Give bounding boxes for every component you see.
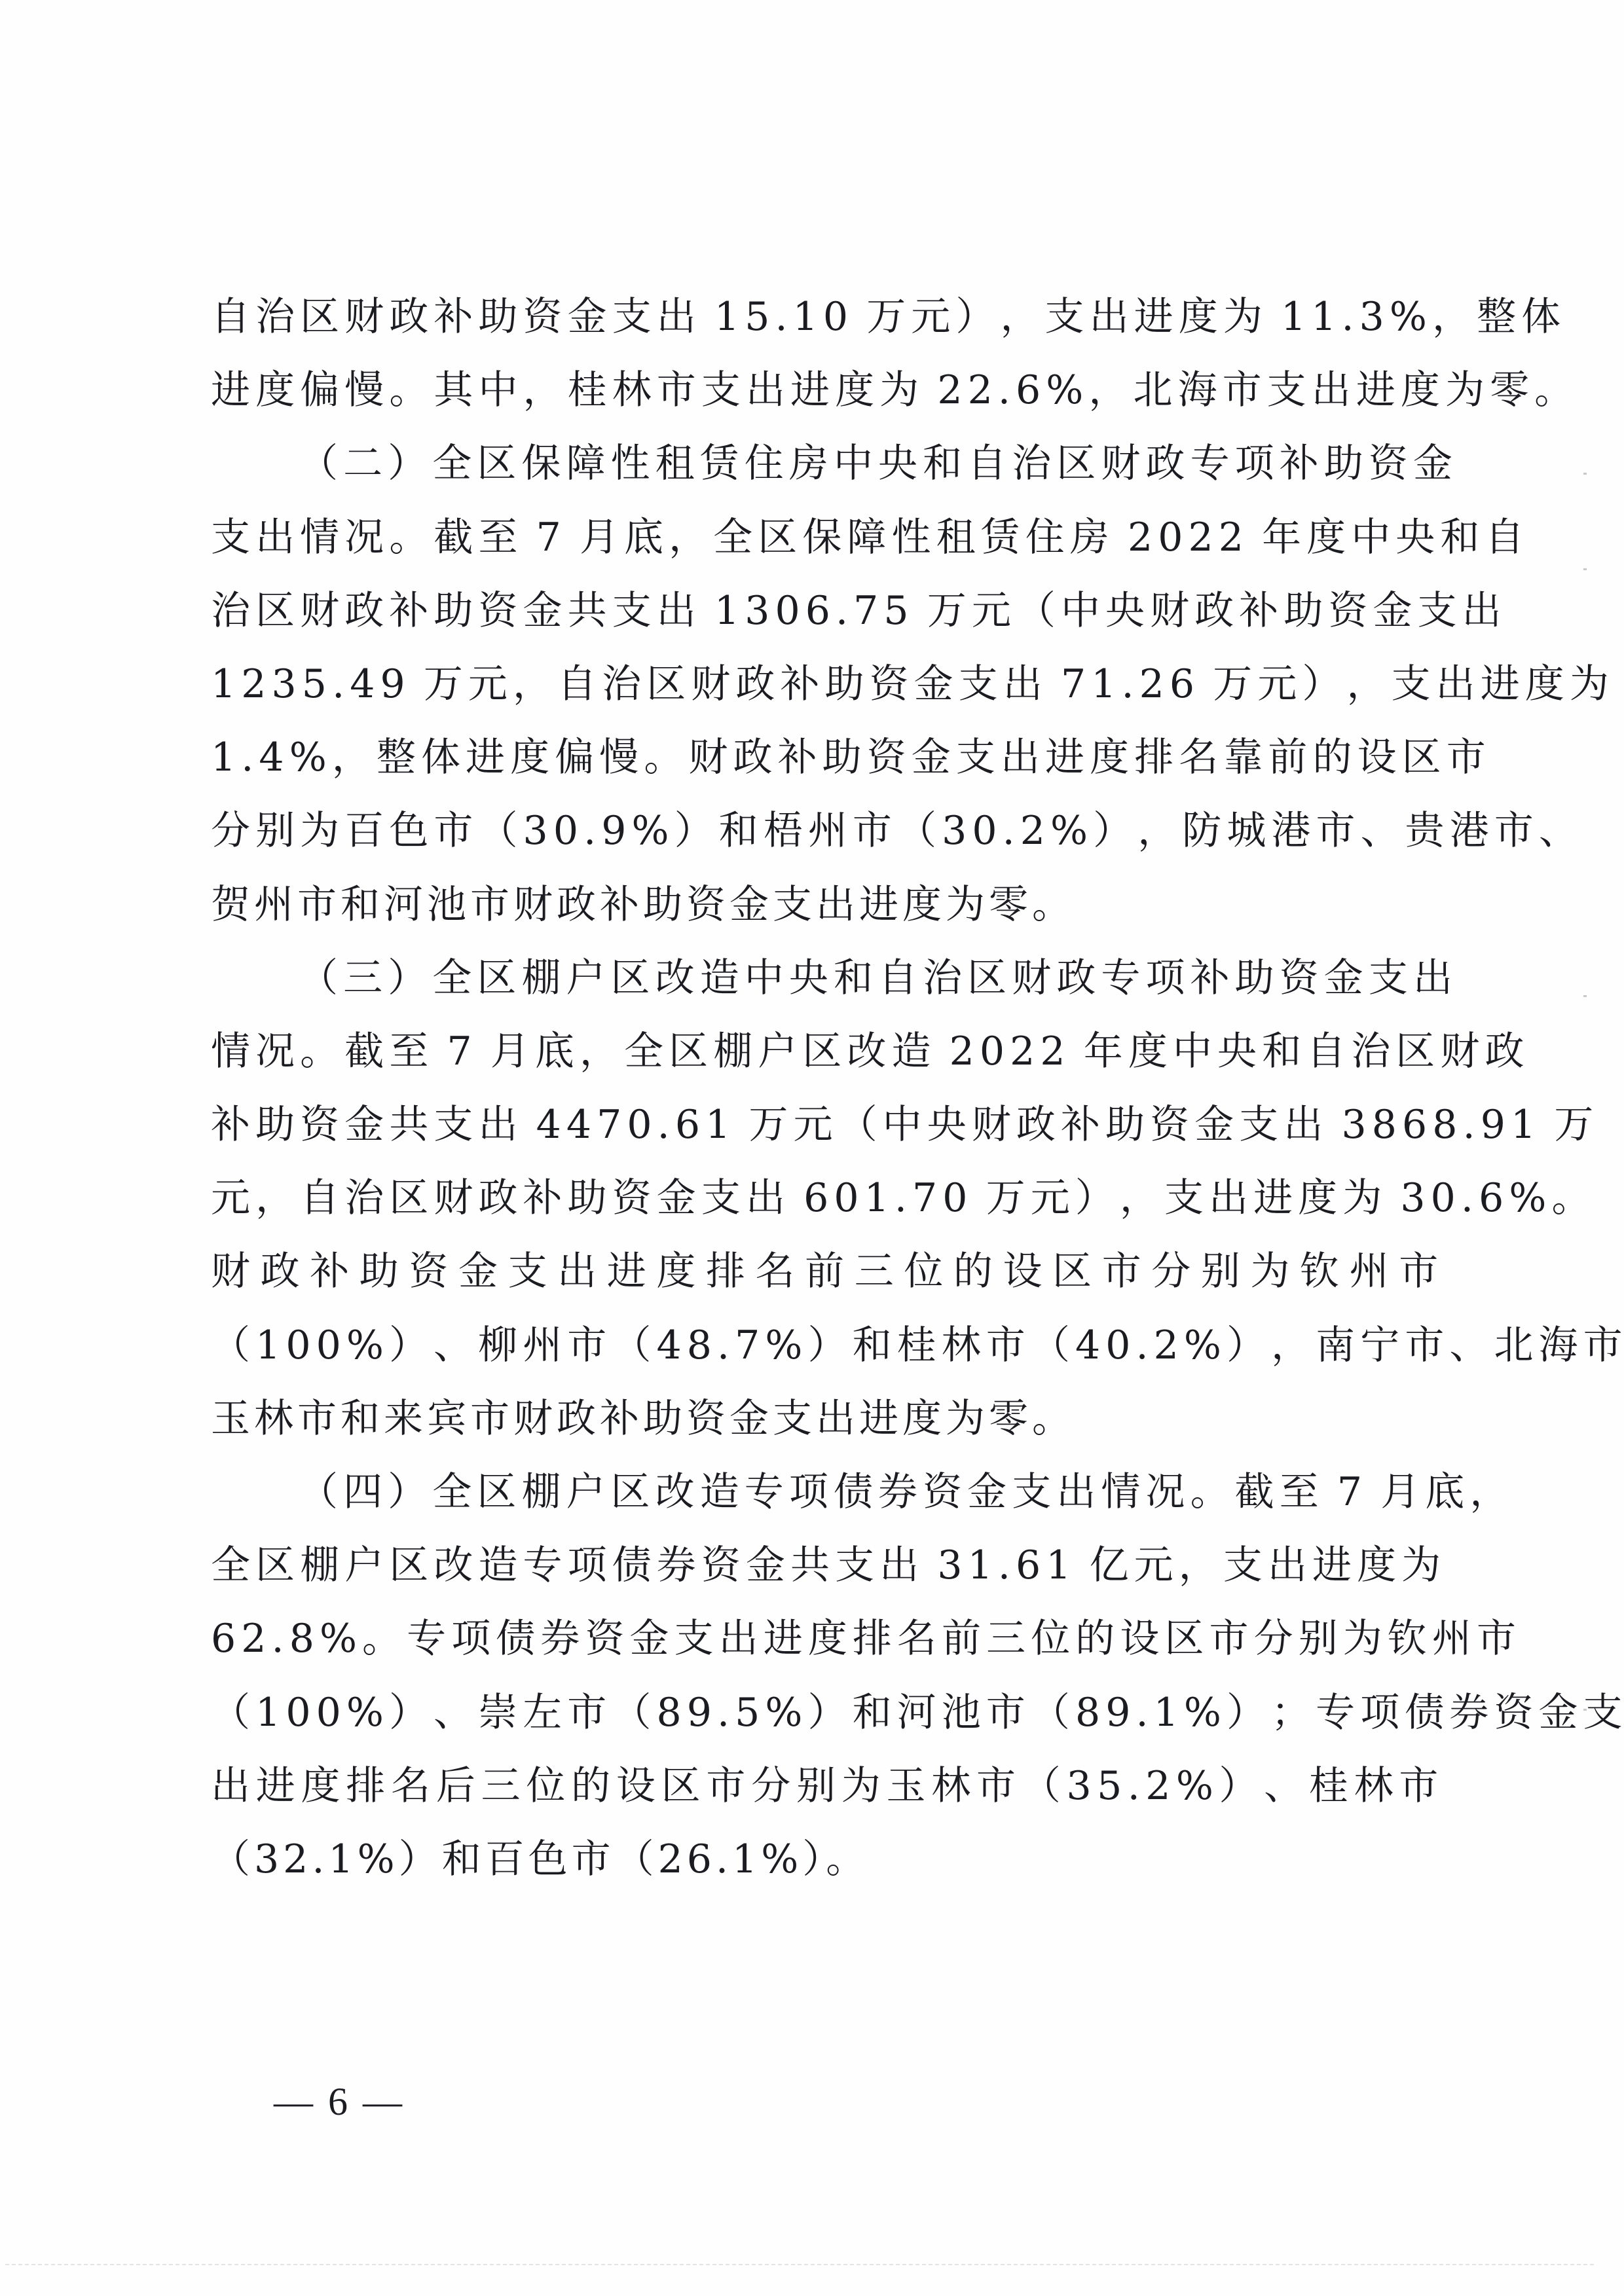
text-line: 贺州市和河池市财政补助资金支出进度为零。 <box>211 868 1439 941</box>
section-heading-2: （ 二 ） 全 区 保 障 性 租 赁 住 房 中 央 和 自 治 区 财 政 … <box>211 427 1439 500</box>
text-line: 自 治 区 财 政 补 助 资 金 支 出 1 5 . 1 0 万 元 ） ， … <box>211 280 1439 354</box>
document-page: 自 治 区 财 政 补 助 资 金 支 出 1 5 . 1 0 万 元 ） ， … <box>0 0 1624 2296</box>
scan-edge-line <box>5 2264 1596 2265</box>
text-line: 支 出 情 况 。 截 至 7 月 底 ， 全 区 保 障 性 租 赁 住 房 … <box>211 501 1439 574</box>
text-line: 出 进 度 排 名 后 三 位 的 设 区 市 分 别 为 玉 林 市 （ 3 … <box>211 1749 1439 1823</box>
text-line: 情 况 。 截 至 7 月 底 ， 全 区 棚 户 区 改 造 2 0 2 2 … <box>211 1015 1439 1088</box>
text-line: 6 2 . 8 % 。 专 项 债 券 资 金 支 出 进 度 排 名 前 三 … <box>211 1602 1439 1675</box>
scan-mark <box>1583 1709 1587 1711</box>
text-line: （ 1 0 0 % ） 、 崇 左 市 （ 8 9 . 5 % ） 和 河 池 … <box>211 1676 1439 1749</box>
text-line: （32.1%）和百色市（26.1%）。 <box>211 1823 1439 1896</box>
scan-mark <box>1583 473 1587 475</box>
text-line: 全 区 棚 户 区 改 造 专 项 债 券 资 金 共 支 出 3 1 . 6 … <box>211 1529 1439 1602</box>
body-text: 自 治 区 财 政 补 助 资 金 支 出 1 5 . 1 0 万 元 ） ， … <box>211 280 1439 1896</box>
text-line: 元 ， 自 治 区 财 政 补 助 资 金 支 出 6 0 1 . 7 0 万 … <box>211 1161 1439 1235</box>
text-line: 进 度 偏 慢 。 其 中 ， 桂 林 市 支 出 进 度 为 2 2 . 6 … <box>211 354 1439 427</box>
text-line: （ 1 0 0 % ） 、 柳 州 市 （ 4 8 . 7 % ） 和 桂 林 … <box>211 1309 1439 1382</box>
text-line: 治 区 财 政 补 助 资 金 共 支 出 1 3 0 6 . 7 5 万 元 … <box>211 574 1439 647</box>
scan-mark <box>1583 568 1587 570</box>
text-line: 分 别 为 百 色 市 （ 3 0 . 9 % ） 和 梧 州 市 （ 3 0 … <box>211 794 1439 867</box>
text-line: 财 政 补 助 资 金 支 出 进 度 排 名 前 三 位 的 设 区 市 分 … <box>211 1235 1439 1308</box>
text-line: 1 . 4 % ， 整 体 进 度 偏 慢 。 财 政 补 助 资 金 支 出 … <box>211 721 1439 794</box>
text-line: 玉林市和来宾市财政补助资金支出进度为零。 <box>211 1382 1439 1455</box>
section-heading-4: （ 四 ） 全 区 棚 户 区 改 造 专 项 债 券 资 金 支 出 情 况 … <box>211 1455 1439 1529</box>
page-number: — 6 — <box>274 2075 405 2128</box>
text-line: 1 2 3 5 . 4 9 万 元 ， 自 治 区 财 政 补 助 资 金 支 … <box>211 647 1439 721</box>
section-heading-3: （ 三 ） 全 区 棚 户 区 改 造 中 央 和 自 治 区 财 政 专 项 … <box>211 941 1439 1015</box>
scan-mark <box>1583 995 1587 997</box>
text-line: 补 助 资 金 共 支 出 4 4 7 0 . 6 1 万 元 （ 中 央 财 … <box>211 1088 1439 1161</box>
